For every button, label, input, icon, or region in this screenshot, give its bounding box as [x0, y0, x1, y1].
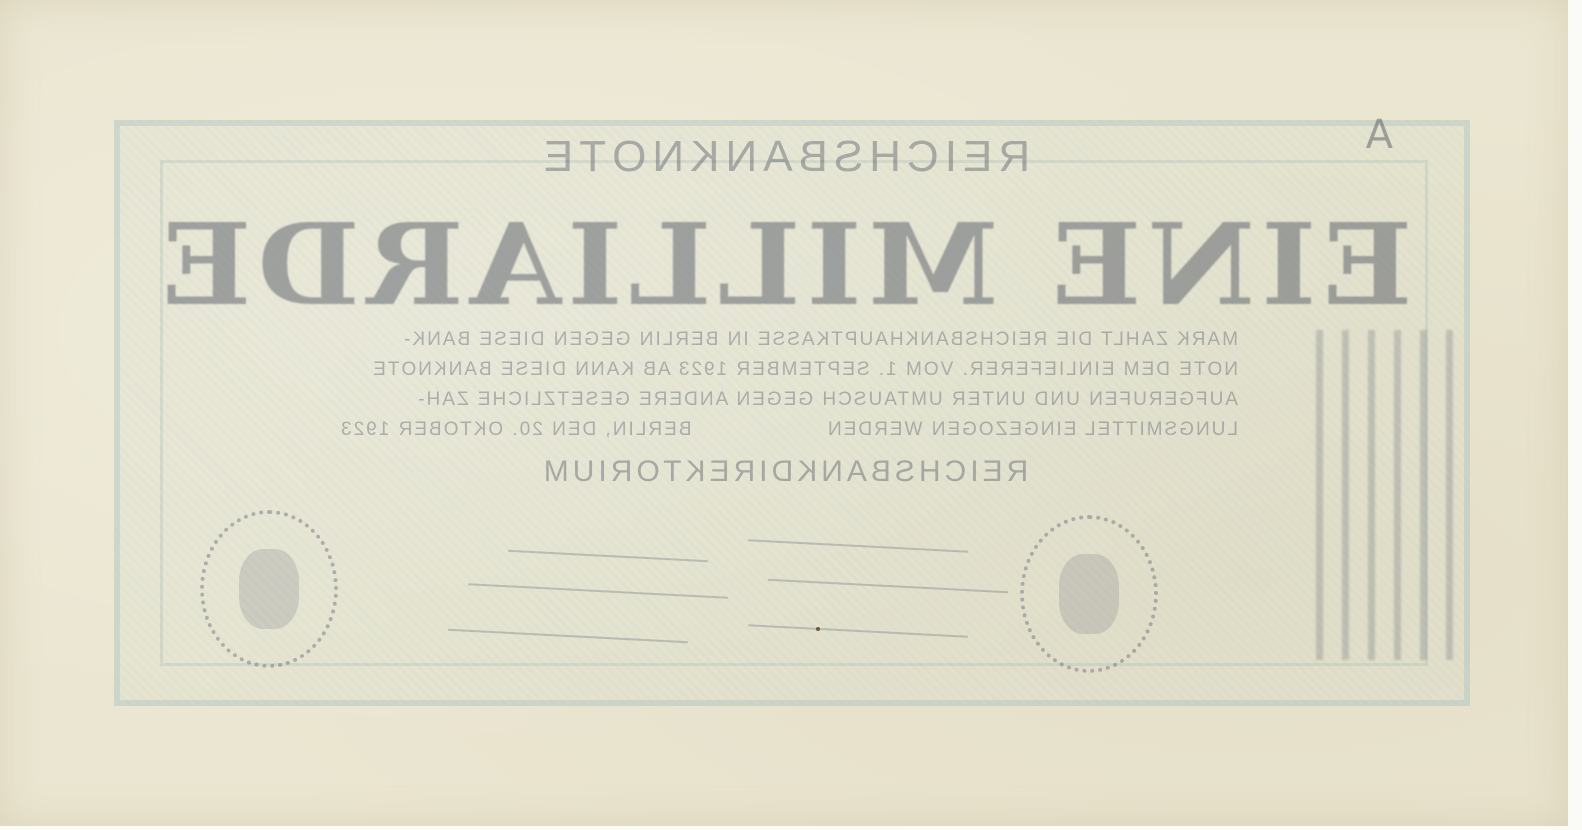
denomination-text: EINE MILLIARDE [0, 198, 1568, 330]
paper-speck [816, 627, 820, 631]
date-line: BERLIN, DEN 20. OKTOBER 1923 [339, 419, 691, 440]
mirrored-print: REICHSBANKNOTE EINE MILLIARDE MARK ZAHLT… [0, 0, 1568, 826]
body-line: MARK ZAHLT DIE REICHSBANKHAUPTKASSE IN B… [138, 325, 1238, 355]
side-text-columns [1303, 330, 1453, 660]
banknote-paper: REICHSBANKNOTE EINE MILLIARDE MARK ZAHLT… [0, 0, 1568, 826]
body-line: AUFGERUFEN UND UNTER UMTAUSCH GEGEN ANDE… [138, 385, 1238, 415]
body-paragraph: MARK ZAHLT DIE REICHSBANKHAUPTKASSE IN B… [138, 325, 1238, 445]
body-line: NOTE DEM EINLIEFERER. VOM 1. SEPTEMBER 1… [138, 355, 1238, 385]
seal-icon [1020, 515, 1158, 673]
body-line-part: LUNGSMITTEL EINGEZOGEN WERDEN [826, 419, 1238, 440]
series-letter: A [1366, 112, 1393, 158]
header-text: REICHSBANKNOTE [0, 132, 1568, 182]
body-line: LUNGSMITTEL EINGEZOGEN WERDEN BERLIN, DE… [138, 415, 1238, 445]
seal-icon [200, 510, 338, 668]
